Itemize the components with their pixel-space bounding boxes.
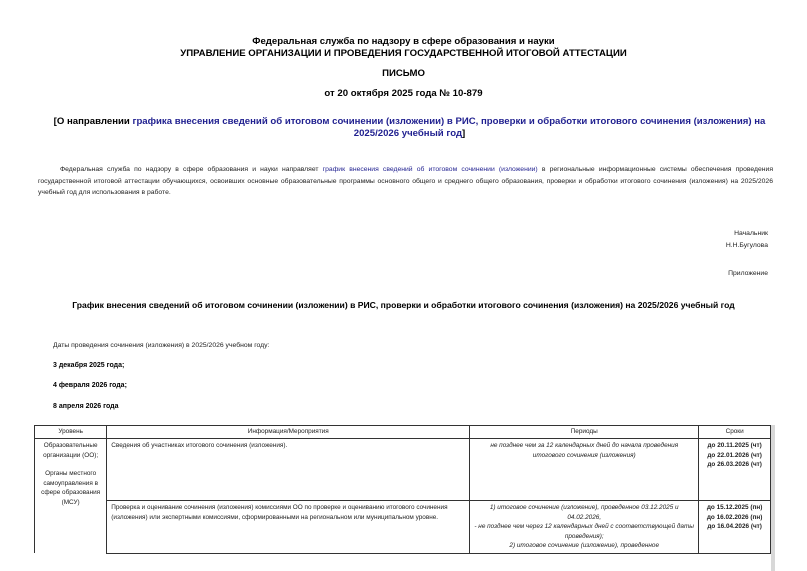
exam-date-2: 4 февраля 2026 года; [53, 382, 127, 389]
document-subject: [О направлении графика внесения сведений… [52, 116, 767, 140]
body-link[interactable]: график внесения сведений об итоговом соч… [323, 166, 538, 173]
agency-name: Федеральная служба по надзору в сфере об… [0, 36, 807, 47]
period-line: 2) итоговое сочинение (изложение), прове… [474, 541, 694, 551]
schedule-title: График внесения сведений об итоговом соч… [0, 300, 807, 310]
exam-date-3: 8 апреля 2026 года [53, 403, 118, 410]
column-header-deadlines: Сроки [699, 426, 771, 439]
subject-link[interactable]: графика внесения сведений об итоговом со… [132, 116, 765, 139]
column-header-info: Информация/Мероприятия [107, 426, 470, 439]
subject-prefix: [О направлении [54, 116, 133, 127]
deadline-cell: до 20.11.2025 (чт) до 22.01.2026 (чт) до… [699, 439, 771, 501]
subject-suffix: ] [462, 128, 465, 139]
department-name: УПРАВЛЕНИЕ ОРГАНИЗАЦИИ И ПРОВЕДЕНИЯ ГОСУ… [0, 48, 807, 59]
schedule-table: Уровень Информация/Мероприятия Периоды С… [34, 425, 771, 554]
level-msu: Органы местного самоуправления в сфере о… [39, 469, 102, 507]
period-cell: 1) итоговое сочинение (изложение), прове… [470, 501, 699, 554]
deadline-cell: до 15.12.2025 (пн) до 16.02.2026 (пн) до… [699, 501, 771, 554]
period-line: 1) итоговое сочинение (изложение), прове… [474, 503, 694, 522]
column-header-level: Уровень [35, 426, 107, 439]
exam-date-1: 3 декабря 2025 года; [53, 362, 124, 369]
period-line: - не позднее чем через 12 календарных дн… [474, 522, 694, 541]
info-cell: Сведения об участниках итогового сочинен… [107, 439, 470, 501]
page-edge-shadow [771, 425, 775, 571]
table-row: Проверка и оценивание сочинения (изложен… [35, 501, 771, 554]
signer-position: Начальник [726, 228, 768, 240]
table-row: Образовательные организации (ОО); Органы… [35, 439, 771, 501]
info-cell: Проверка и оценивание сочинения (изложен… [107, 501, 470, 554]
dates-intro: Даты проведения сочинения (изложения) в … [53, 342, 269, 349]
document-date-number: от 20 октября 2025 года № 10-879 [0, 88, 807, 99]
period-cell: не позднее чем за 12 календарных дней до… [470, 439, 699, 501]
column-header-periods: Периоды [470, 426, 699, 439]
document-type: ПИСЬМО [0, 68, 807, 79]
body-text-start: Федеральная служба по надзору в сфере об… [60, 166, 323, 173]
appendix-label: Приложение [728, 270, 768, 277]
level-oo: Образовательные организации (ОО); [39, 441, 102, 460]
signer-name: Н.Н.Бугулова [726, 240, 768, 252]
table-header-row: Уровень Информация/Мероприятия Периоды С… [35, 426, 771, 439]
level-cell: Образовательные организации (ОО); Органы… [35, 439, 107, 554]
letter-body: Федеральная служба по надзору в сфере об… [38, 164, 773, 199]
signature-block: Начальник Н.Н.Бугулова [726, 228, 768, 251]
